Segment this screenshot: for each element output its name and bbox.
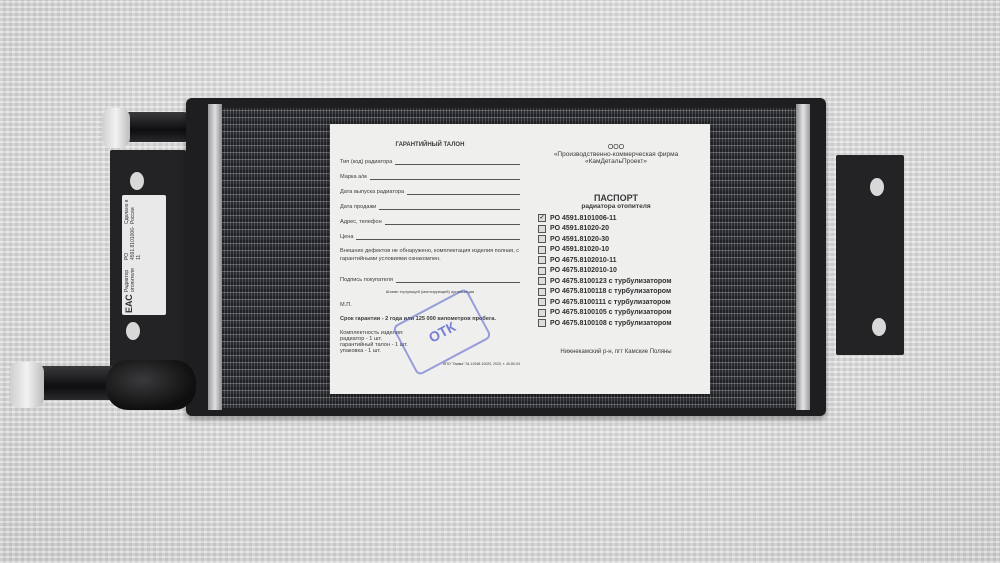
field-row: Марка а/м bbox=[340, 173, 520, 180]
model-item: РО 4591.81020-30 bbox=[538, 234, 710, 245]
warranty-card: ГАРАНТИЙНЫЙ ТАЛОН Тип (код) радиатора Ма… bbox=[340, 124, 520, 394]
checked-box-icon: ✓ bbox=[538, 214, 546, 222]
passport-document: ГАРАНТИЙНЫЙ ТАЛОН Тип (код) радиатора Ма… bbox=[330, 124, 710, 394]
lower-pipe-cap bbox=[10, 362, 44, 408]
company-line2: «КамДетальПроект» bbox=[522, 158, 710, 165]
passport-title: ПАСПОРТ bbox=[522, 193, 710, 203]
factory-address: Нижнекамский р-н, пгт Камские Поляны bbox=[522, 349, 710, 355]
model-item: РО 4675.8102010-11 bbox=[538, 255, 710, 266]
field-label: Тип (код) радиатора bbox=[340, 159, 392, 165]
field-row: Дата выпуска радиатора bbox=[340, 188, 520, 195]
checkbox-icon bbox=[538, 277, 546, 285]
sticker-line: РО 4591.8101006-11 bbox=[124, 226, 164, 260]
model-label: РО 4675.8100118 с турбулизатором bbox=[550, 288, 671, 295]
field-row: Адрес, телефон bbox=[340, 218, 520, 225]
checkbox-icon bbox=[538, 235, 546, 243]
passport: ООО «Производственно-коммерческая фирма … bbox=[522, 124, 710, 394]
checkbox-icon bbox=[538, 309, 546, 317]
model-item: РО 4675.8100108 с турбулизатором bbox=[538, 318, 710, 329]
field-label: Цена bbox=[340, 234, 353, 240]
model-item: РО 4591.81020-20 bbox=[538, 224, 710, 235]
left-bracket-hole-bottom bbox=[126, 322, 140, 340]
model-item: ✓РО 4591.8101006-11 bbox=[538, 213, 710, 224]
model-list: ✓РО 4591.8101006-11РО 4591.81020-20РО 45… bbox=[522, 213, 710, 329]
field-label: Адрес, телефон bbox=[340, 219, 382, 225]
eac-mark: ЕАС bbox=[124, 294, 164, 313]
model-item: РО 4675.8100105 с турбулизатором bbox=[538, 308, 710, 319]
side-sticker: ЕАС Радиатор отопителя РО 4591.8101006-1… bbox=[122, 195, 166, 315]
warranty-notice: Внешних дефектов не обнаружено, комплект… bbox=[340, 248, 520, 264]
checkbox-icon bbox=[538, 288, 546, 296]
field-row: Дата продажи bbox=[340, 203, 520, 210]
checkbox-icon bbox=[538, 319, 546, 327]
model-item: РО 4675.8100118 с турбулизатором bbox=[538, 287, 710, 298]
model-item: РО 4591.81020-10 bbox=[538, 245, 710, 256]
field-label: Марка а/м bbox=[340, 174, 367, 180]
field-label: Дата выпуска радиатора bbox=[340, 189, 404, 195]
passport-subtitle: радиатора отопителя bbox=[522, 203, 710, 210]
model-label: РО 4675.8102010-10 bbox=[550, 267, 617, 274]
right-tank bbox=[796, 104, 810, 410]
model-label: РО 4591.81020-30 bbox=[550, 236, 609, 243]
warranty-title: ГАРАНТИЙНЫЙ ТАЛОН bbox=[340, 142, 520, 148]
checkbox-icon bbox=[538, 256, 546, 264]
model-item: РО 4675.8100111 с турбулизатором bbox=[538, 297, 710, 308]
checkbox-icon bbox=[538, 225, 546, 233]
model-item: РО 4675.8100123 с турбулизатором bbox=[538, 276, 710, 287]
left-tank bbox=[208, 104, 222, 410]
model-label: РО 4591.81020-20 bbox=[550, 225, 609, 232]
checkbox-icon bbox=[538, 246, 546, 254]
signature-row: Подпись покупателя bbox=[340, 276, 520, 283]
model-label: РО 4675.8102010-11 bbox=[550, 257, 616, 264]
model-label: РО 4675.8100108 с турбулизатором bbox=[550, 320, 672, 327]
right-bracket-hole-top bbox=[870, 178, 884, 196]
model-label: РО 4591.81020-10 bbox=[550, 246, 609, 253]
field-label: Дата продажи bbox=[340, 204, 376, 210]
company-line1: «Производственно-коммерческая фирма bbox=[522, 151, 710, 158]
sticker-line: Сделано в России bbox=[124, 197, 164, 224]
model-label: РО 4591.8101006-11 bbox=[550, 215, 616, 222]
model-label: РО 4675.8100105 с турбулизатором bbox=[550, 309, 672, 316]
field-row: Цена bbox=[340, 233, 520, 240]
model-label: РО 4675.8100123 с турбулизатором bbox=[550, 278, 672, 285]
checkbox-icon bbox=[538, 267, 546, 275]
left-bracket-hole-top bbox=[130, 172, 144, 190]
model-item: РО 4675.8102010-10 bbox=[538, 266, 710, 277]
sticker-line: Радиатор отопителя bbox=[124, 262, 164, 292]
lower-pipe-elbow bbox=[106, 360, 196, 410]
field-row: Тип (код) радиатора bbox=[340, 158, 520, 165]
upper-pipe-cap bbox=[102, 108, 130, 148]
company-form: ООО bbox=[522, 144, 710, 151]
right-bracket-hole-bottom bbox=[872, 318, 886, 336]
stamp-caption: Штамп торгующей (монтирующей) организаци… bbox=[340, 289, 520, 294]
signature-label: Подпись покупателя bbox=[340, 277, 393, 283]
checkbox-icon bbox=[538, 298, 546, 306]
model-label: РО 4675.8100111 с турбулизатором bbox=[550, 299, 671, 306]
